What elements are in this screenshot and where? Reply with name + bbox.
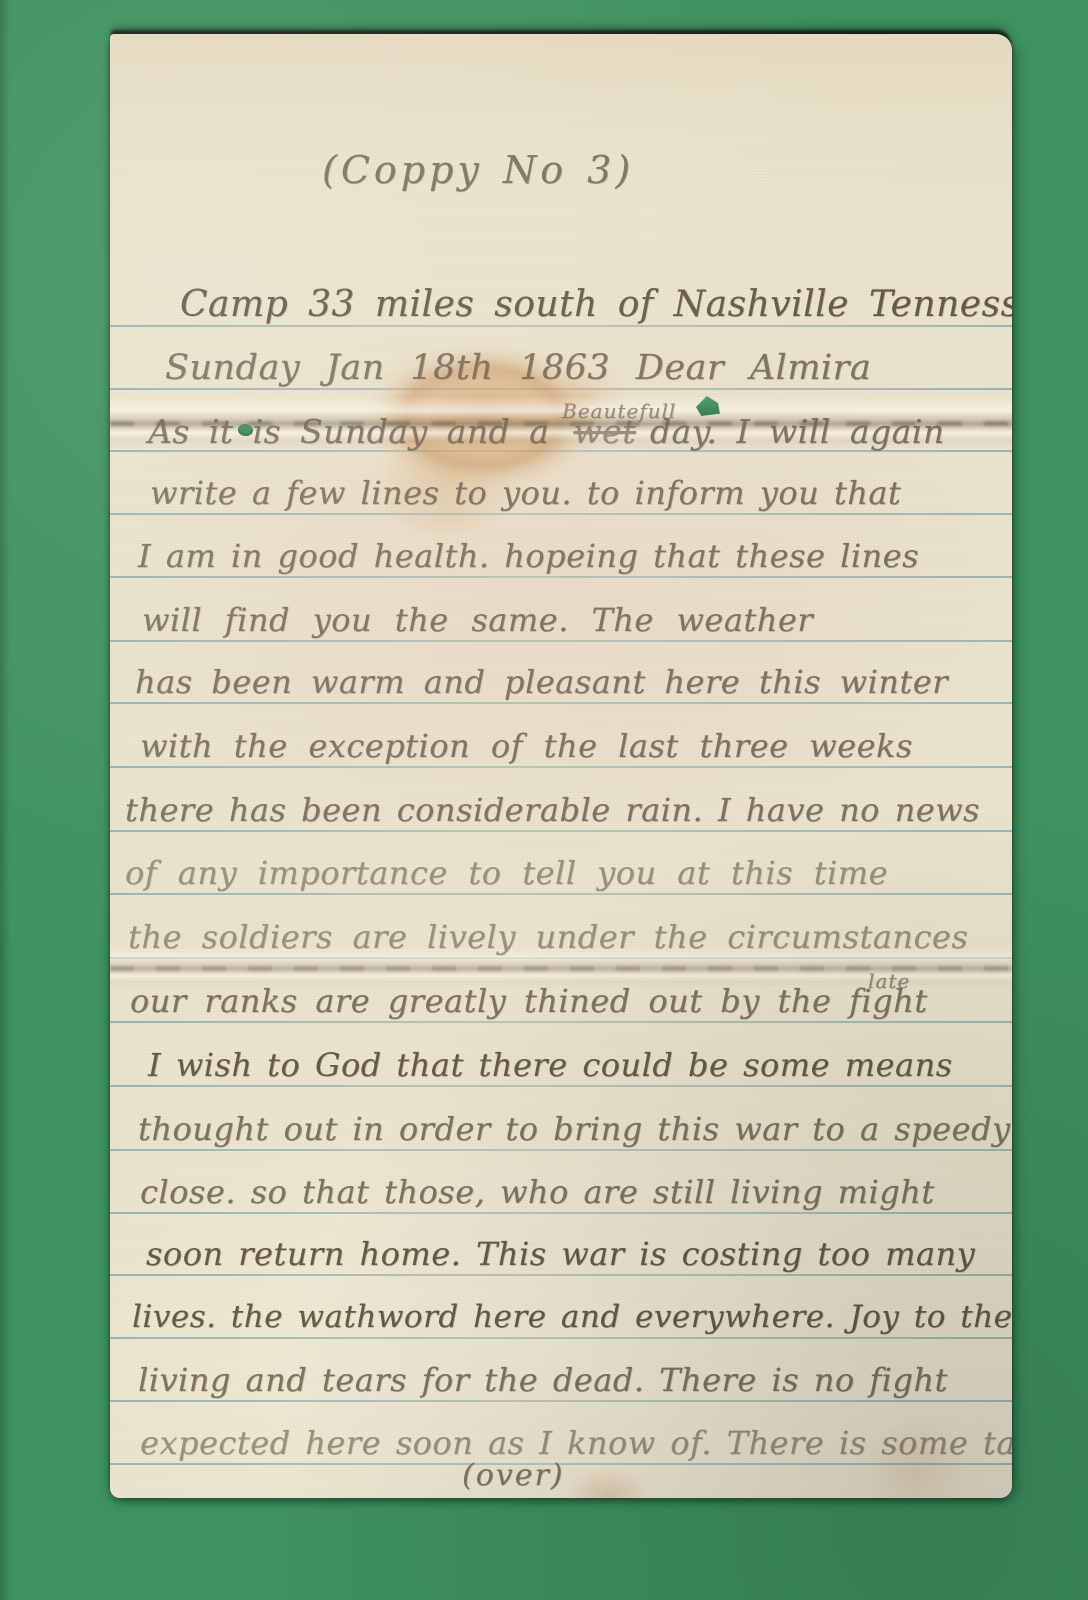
handwritten-line: the soldiers are lively under the circum…: [128, 913, 968, 961]
handwritten-line: write a few lines to you. to inform you …: [150, 469, 901, 517]
handwritten-line: our ranks are greatly thined out by the …: [130, 977, 928, 1025]
handwritten-line: soon return home. This war is costing to…: [146, 1230, 975, 1278]
photo-background: (Coppy No 3) Camp 33 miles south of Nash…: [0, 0, 1088, 1600]
handwritten-line: there has been considerable rain. I have…: [125, 786, 980, 834]
handwritten-line: I am in good health. hopeing that these …: [138, 532, 919, 580]
insertion-beautefull: Beautefull: [562, 400, 676, 422]
over-label: (over): [462, 1452, 565, 1498]
stain: [558, 1462, 658, 1498]
line3-after: day. I will again: [650, 412, 945, 451]
handwritten-line: expected here soon as I know of. There i…: [140, 1419, 1012, 1467]
handwritten-line: will find you the same. The weather: [142, 596, 813, 644]
handwritten-line: with the exception of the last three wee…: [140, 722, 913, 770]
insertion-late: late: [868, 970, 910, 992]
paper-hole: [238, 424, 253, 436]
handwritten-line: Camp 33 miles south of Nashville Tenness…: [180, 281, 1012, 329]
handwritten-line: As it is Sunday and awetday. I will agai…: [148, 408, 945, 456]
line3-before: As it is Sunday and a: [148, 412, 549, 451]
copy-label: (Coppy No 3): [322, 146, 634, 194]
handwritten-line: living and tears for the dead. There is …: [138, 1356, 948, 1404]
handwritten-line: lives. the wathword here and everywhere.…: [132, 1293, 1012, 1341]
handwritten-line: I wish to God that there could be some m…: [148, 1041, 953, 1089]
handwritten-line: thought out in order to bring this war t…: [138, 1105, 1011, 1153]
handwritten-line: close. so that those, who are still livi…: [140, 1168, 935, 1216]
handwritten-line: of any importance to tell you at this ti…: [125, 849, 888, 897]
letter-paper: (Coppy No 3) Camp 33 miles south of Nash…: [110, 34, 1012, 1498]
line12-before: our ranks are greatly thined out by the: [130, 982, 831, 1020]
handwritten-line: Sunday Jan 18th 1863 Dear Almira: [165, 344, 871, 392]
handwritten-line: has been warm and pleasant here this win…: [135, 658, 948, 706]
